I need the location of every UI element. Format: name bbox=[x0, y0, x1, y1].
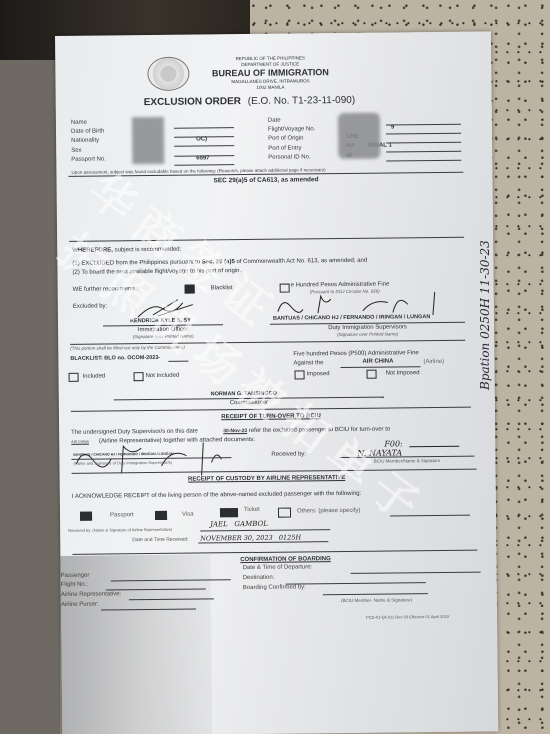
field-label-personal-id: Personal ID No. bbox=[268, 154, 310, 160]
boarding-flight-label: Flight No.: bbox=[61, 582, 88, 588]
officer-name: KENDRICK KYLE S. SY bbox=[103, 317, 218, 324]
fine-label: e Hundred Pesos Administrative Fine bbox=[291, 282, 390, 289]
field-label-dob: Date of Birth bbox=[71, 128, 104, 134]
date-time-label: Date and Time Received: bbox=[132, 537, 188, 544]
background-left bbox=[0, 60, 60, 734]
order-number: (E.O. No. T1-23-11-090) bbox=[248, 95, 356, 107]
included-checkbox[interactable] bbox=[69, 373, 79, 382]
boarding-purser-label: Airline Purser: bbox=[61, 602, 99, 608]
officer-signature bbox=[133, 296, 203, 319]
field-label-origin: Port of Origin bbox=[268, 135, 303, 141]
ticket-label: Ticket bbox=[244, 507, 260, 513]
wherefore-item-1-post: of Commonwealth Act No. 613, as amended;… bbox=[235, 258, 367, 265]
received-by-label: Received by: bbox=[271, 451, 306, 457]
imposed-checkbox[interactable] bbox=[295, 370, 305, 379]
side-handwritten-note: Bpation 0250H 11-30-23 bbox=[478, 240, 492, 390]
boarding-airline-rep-label: Airline Representative: bbox=[61, 591, 121, 598]
commissioner-note: (This portion shall be filled-out only b… bbox=[70, 345, 185, 351]
blacklist-label: Blacklist bbox=[211, 285, 233, 291]
turnover-title: RECEIPT OF TURN-OVER TO BCIU bbox=[71, 412, 471, 422]
wherefore-text: subject is recommended: bbox=[113, 247, 181, 254]
turnover-text: The undersigned Duty Supervisor/s on thi… bbox=[71, 427, 390, 436]
turnover-date: 30-Nov-23 bbox=[223, 428, 247, 434]
included-label: Included bbox=[83, 373, 106, 379]
wherefore-item-1: (1) EXCLUDED from the Philippines pursua… bbox=[72, 258, 367, 267]
custody-received-by-label: Received by: (Name & Signature of Airlin… bbox=[68, 527, 172, 533]
wherefore-item-1-section: Sec. 29 (a)5 bbox=[202, 259, 235, 265]
blacklist-checkbox[interactable] bbox=[185, 285, 195, 294]
field-label-nationality: Nationality bbox=[71, 138, 99, 144]
field-label-entry: Port of Entry bbox=[268, 145, 301, 151]
ticket-checkbox[interactable] bbox=[220, 508, 238, 517]
supervisors-note: (Signature over Printed Name) bbox=[270, 331, 465, 338]
wherefore-item-2: (2) To board the next available flight/v… bbox=[72, 268, 241, 276]
visa-checkbox[interactable] bbox=[155, 511, 167, 520]
boarding-destination-label: Destination: bbox=[243, 575, 275, 581]
against-label: Against the bbox=[293, 360, 323, 366]
field-label-passport: Passport No. bbox=[71, 156, 106, 162]
redacted-personal-info-left bbox=[132, 117, 164, 164]
boarding-bciu-caption: (BCIU Member- Name & Signature) bbox=[341, 597, 412, 603]
commissioner-fine-label: Five hundred Pesos (P500) Administrative… bbox=[293, 350, 418, 357]
custody-acknowledge: I ACKNOWLEDGE RECEIPT of the living pers… bbox=[72, 491, 361, 500]
boarding-departure-label: Date & Time of Departure: bbox=[243, 564, 313, 571]
recommend-label: WE further recommend : bbox=[73, 286, 138, 293]
field-label-flight: Flight/Voyage No. bbox=[268, 126, 315, 132]
passport-checkbox[interactable] bbox=[80, 512, 92, 521]
exclusion-reason: SEC 29(a)5 of CA613, as amended bbox=[68, 175, 463, 186]
airline-name: AIR CHINA bbox=[340, 358, 415, 365]
exclusion-order-document: REPUBLIC OF THE PHILIPPINES DEPARTMENT O… bbox=[55, 31, 498, 734]
footer-form-code: PCD-01-QF.011 Rev 03 Effective 01 April … bbox=[366, 614, 449, 620]
boarding-passenger-label: Passenger bbox=[61, 573, 90, 579]
wherefore-item-1-pre: (1) EXCLUDED from the Philippines pursua… bbox=[72, 259, 201, 266]
not-imposed-checkbox[interactable] bbox=[367, 370, 377, 379]
bciu-caption: BCIU Member/Name & Signature bbox=[339, 458, 474, 464]
field-label-sex: Sex bbox=[71, 148, 81, 154]
blo-label: BLACKLIST: BLO no. OCOM-2023- bbox=[70, 355, 160, 362]
not-included-checkbox[interactable] bbox=[134, 372, 144, 381]
airline-suffix: (Airline) bbox=[423, 359, 444, 365]
excluded-by-label: Excluded by: bbox=[73, 303, 107, 309]
supervisors-names: BANTUAS / CHICANO HJ / FERNANDO / IRINGA… bbox=[273, 314, 430, 322]
field-label-name: Name bbox=[71, 120, 87, 126]
passport-label: Passport bbox=[110, 512, 134, 518]
officer-note: (Signature over Printed Name) bbox=[103, 333, 223, 339]
imposed-label: Imposed bbox=[307, 371, 330, 377]
custody-received-by-hand: JAEL GAMBOL bbox=[210, 520, 268, 529]
wherefore-bold: WHEREFORE, bbox=[72, 247, 113, 253]
visa-label: Visa bbox=[182, 512, 194, 518]
document-title: EXCLUSION ORDER bbox=[144, 96, 241, 108]
wherefore-intro: WHEREFORE, subject is recommended: bbox=[72, 247, 181, 254]
document-title-row: EXCLUSION ORDER (E.O. No. T1-23-11-090) bbox=[144, 95, 356, 108]
turnover-text-pre: The undersigned Duty Supervisor/s on thi… bbox=[71, 429, 198, 436]
not-imposed-label: Not Imposed bbox=[386, 370, 420, 376]
header-address-2: 1002 MANILA bbox=[196, 84, 346, 91]
turnover-supervisors-caption: (Name and Signature of Duty Immigration … bbox=[73, 460, 172, 466]
officer-title: Immigration Officer bbox=[103, 326, 223, 333]
boarding-title: CONFIRMATION OF BOARDING bbox=[160, 555, 410, 564]
redacted-personal-info-right bbox=[338, 113, 380, 159]
received-by-hand-1: F00: bbox=[384, 439, 403, 448]
field-label-date: Date bbox=[268, 118, 281, 124]
others-checkbox[interactable] bbox=[278, 508, 291, 518]
others-label: Others: (please specify) bbox=[297, 508, 360, 515]
turnover-text-post: refer the excluded passenger to BCIU for… bbox=[249, 427, 390, 434]
not-included-label: Not Included bbox=[146, 373, 180, 379]
header-bureau: BUREAU OF IMMIGRATION bbox=[175, 67, 365, 79]
boarding-confirmed-label: Boarding Confirmed by: bbox=[243, 584, 306, 591]
